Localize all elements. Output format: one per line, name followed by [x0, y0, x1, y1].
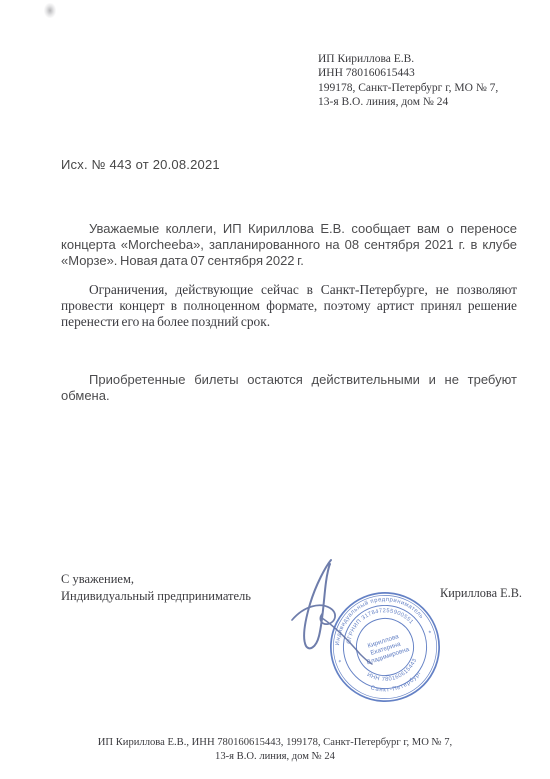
scan-artifact [44, 3, 56, 18]
paragraph-line: перенести его на более поздний срок. [61, 314, 517, 330]
signee-name: Кириллова Е.В. [440, 586, 522, 601]
stamp-star-right: * [428, 630, 433, 638]
paragraph-line: провести концерт в полноценном формате, … [61, 298, 517, 314]
closing-line: Индивидуальный предприниматель [61, 588, 251, 605]
sender-line: 13-я В.О. линия, дом № 24 [318, 95, 533, 109]
paragraph-line: концерта «Morcheeba», запланированного н… [61, 237, 517, 253]
paragraph-line: «Морзе». Новая дата 07 сентября 2022 г. [61, 253, 517, 269]
paragraph-line: обмена. [61, 388, 517, 404]
paragraph-tickets: Приобретенные билеты остаются действител… [61, 372, 517, 404]
svg-text:Санкт-Петербург: Санкт-Петербург [368, 669, 426, 700]
sender-line: 199178, Санкт-Петербург г, МО № 7, [318, 81, 533, 95]
paragraph-line: Приобретенные билеты остаются действител… [61, 372, 517, 388]
paragraph-line: Уважаемые коллеги, ИП Кириллова Е.В. соо… [61, 221, 517, 237]
footer-line: 13-я В.О. линия, дом № 24 [0, 750, 550, 764]
sender-line: ИП Кириллова Е.В. [318, 52, 533, 66]
handwritten-signature [286, 556, 390, 672]
closing-line: С уважением, [61, 571, 251, 588]
paragraph-line: Ограничения, действующие сейчас в Санкт-… [61, 282, 517, 298]
sender-address-block: ИП Кириллова Е.В. ИНН 780160615443 19917… [318, 52, 533, 109]
paragraph-announcement: Уважаемые коллеги, ИП Кириллова Е.В. соо… [61, 221, 517, 270]
footer-requisites: ИП Кириллова Е.В., ИНН 780160615443, 199… [0, 736, 550, 764]
paragraph-restrictions: Ограничения, действующие сейчас в Санкт-… [61, 282, 517, 331]
closing-block: С уважением, Индивидуальный предпринимат… [61, 571, 251, 605]
footer-line: ИП Кириллова Е.В., ИНН 780160615443, 199… [0, 736, 550, 750]
letter-page: ИП Кириллова Е.В. ИНН 780160615443 19917… [0, 0, 550, 779]
sender-line: ИНН 780160615443 [318, 66, 533, 80]
stamp-ring-outer-bottom-text: Санкт-Петербург [368, 669, 426, 700]
reference-number-line: Исх. № 443 от 20.08.2021 [61, 157, 220, 172]
